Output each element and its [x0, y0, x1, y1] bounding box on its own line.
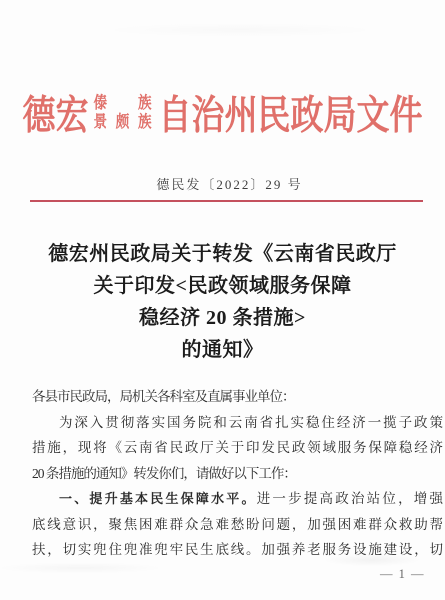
org-name-prefix: 德宏 — [23, 84, 89, 140]
document-body: 各县市民政局，局机关各科室及直属事业单位： 为深入贯彻落实国务院和云南省扎实稳住… — [32, 384, 443, 563]
item1-line1-rest: 进一步提高政治站位，增强 — [257, 491, 443, 506]
letterhead: 德宏 傣族 景颇族 自治州民政局文件 — [0, 84, 445, 140]
item1-heading: 一、提升基本民生保障水平。 — [59, 491, 257, 506]
red-divider-line — [30, 200, 423, 202]
document-number: 德民发〔2022〕29 号 — [14, 174, 445, 193]
salutation-line: 各县市民政局，局机关各科室及直属事业单位： — [32, 384, 443, 410]
page-number: — 1 — — [380, 567, 425, 582]
body-line-para1-2: 措施，现将《云南省民政厅关于印发民政领域服务保障稳经济 — [32, 435, 443, 461]
title-line-1: 德宏州民政局关于转发《云南省民政厅 — [0, 238, 445, 270]
title-line-4: 的通知》 — [0, 334, 445, 366]
document-page: 德宏 傣族 景颇族 自治州民政局文件 德民发〔2022〕29 号 德宏州民政局关… — [0, 0, 445, 600]
ethnic-row-dai: 傣族 — [94, 93, 152, 112]
document-title: 德宏州民政局关于转发《云南省民政厅 关于印发<民政领域服务保障 稳经济 20 条… — [0, 238, 445, 366]
body-line-item1-2: 底线意识，聚焦困难群众急难愁盼问题，加强困难群众救助帮 — [32, 512, 443, 538]
ethnic-row-jingpo: 景颇族 — [94, 112, 152, 131]
body-line-item1-3: 扶，切实兜住兜准兜牢民生底线。加强养老服务设施建设，切 — [32, 537, 443, 563]
ethnic-names-block: 傣族 景颇族 — [94, 93, 152, 131]
org-name-suffix: 自治州民政局文件 — [159, 84, 423, 140]
body-line-para1-3: 20 条措施的通知》转发你们，请做好以下工作： — [32, 461, 443, 487]
title-line-2: 关于印发<民政领域服务保障 — [0, 270, 445, 302]
body-line-para1-1: 为深入贯彻落实国务院和云南省扎实稳住经济一揽子政策 — [32, 410, 443, 436]
body-line-item1-1: 一、提升基本民生保障水平。进一步提高政治站位，增强 — [32, 486, 443, 512]
title-line-3: 稳经济 20 条措施> — [0, 302, 445, 334]
